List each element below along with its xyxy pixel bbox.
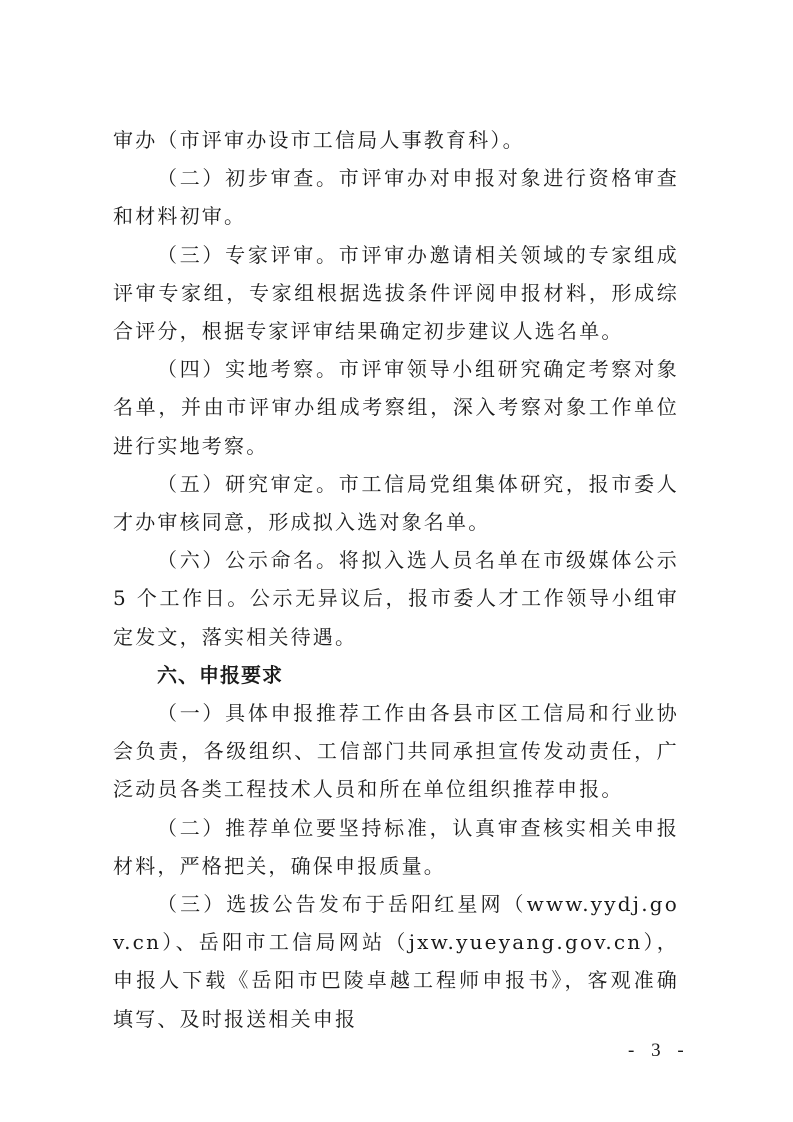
document-body: 审办（市评审办设市工信局人事教育科）。 （二）初步审查。市评审办对申报对象进行资… (113, 121, 679, 1038)
paragraph-public-announcement: （六）公示命名。将拟入选人员名单在市级媒体公示 5 个工作日。公示无异议后，报市… (113, 541, 679, 656)
paragraph-field-inspection: （四）实地考察。市评审领导小组研究确定考察对象名单，并由市评审办组成考察组，深入… (113, 350, 679, 465)
paragraph-expert-review: （三）专家评审。市评审办邀请相关领域的专家组成评审专家组，专家组根据选拔条件评阅… (113, 236, 679, 351)
paragraph-requirement-2: （二）推荐单位要坚持标准，认真审查核实相关申报材料，严格把关，确保申报质量。 (113, 809, 679, 885)
paragraph-requirement-1: （一）具体申报推荐工作由各县市区工信局和行业协会负责，各级组织、工信部门共同承担… (113, 694, 679, 809)
page-number: - 3 - (628, 1040, 690, 1062)
section-heading-application-requirements: 六、申报要求 (113, 656, 679, 694)
paragraph-preliminary-review: （二）初步审查。市评审办对申报对象进行资格审查和材料初审。 (113, 159, 679, 235)
paragraph-requirement-3: （三）选拔公告发布于岳阳红星网（www.yydj.gov.cn）、岳阳市工信局网… (113, 885, 679, 1038)
paragraph-review-office: 审办（市评审办设市工信局人事教育科）。 (113, 121, 679, 159)
paragraph-research-approval: （五）研究审定。市工信局党组集体研究，报市委人才办审核同意，形成拟入选对象名单。 (113, 465, 679, 541)
